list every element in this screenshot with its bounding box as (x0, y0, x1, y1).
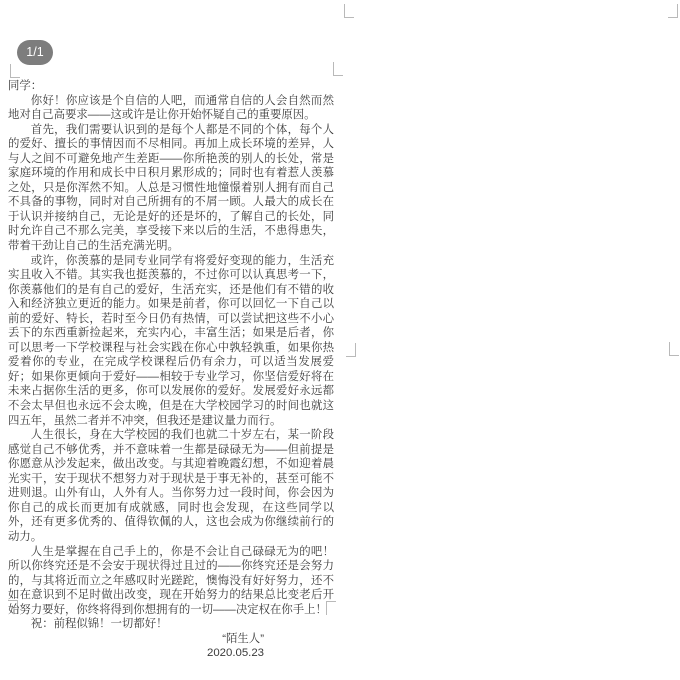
letter-paragraph: 或许，你羡慕的是同专业同学有将爱好变现的能力，生活充实且收入不错。其实我也挺羡慕… (8, 254, 334, 429)
date-line: 2020.05.23 (8, 646, 264, 661)
letter-page-left: 1/1 同学： 你好！你应该是个自信的人吧，而通常自信的人会自然而然地对自己高要… (0, 0, 340, 680)
crop-mark-top-right (668, 4, 678, 18)
signature: “陌生人” (8, 632, 264, 647)
crop-mark-mid-left (346, 343, 356, 357)
letter-paragraph: 首先，我们需要认识到的是每个人都是不同的个体，每个人的爱好、擅长的事情因而不尽相… (8, 123, 334, 254)
crop-mark-top-left (344, 4, 354, 18)
letter-paragraph: 人生是掌握在自己手上的，你是不会让自己碌碌无为的吧！所以你终究还是不会安于现状得… (8, 545, 334, 618)
letter-to-student: 同学： 你好！你应该是个自信的人吧，而通常自信的人会自然而然地对自己高要求——这… (8, 79, 334, 661)
page-number-badge: 1/1 (17, 40, 53, 65)
letter-page-right: 亲爱的朋友，你好： 收到你的来信后，感觉就像看到镜子里的自己。老实说，我自身性格… (340, 0, 680, 680)
crop-mark-mid-right (669, 342, 679, 356)
letter-paragraph: 你好！你应该是个自信的人吧，而通常自信的人会自然而然地对自己高要求——这或许是让… (8, 94, 334, 123)
letter-wish-line: 祝：前程似锦！一切都好！ (8, 617, 334, 632)
crop-mark-top-left (10, 64, 20, 78)
letter-greeting: 同学： (8, 79, 334, 94)
signature-block: “陌生人” 2020.05.23 (8, 632, 334, 661)
letter-paragraph: 人生很长，身在大学校园的我们也就二十岁左右，某一阶段感觉自己不够优秀，并不意味着… (8, 428, 334, 544)
